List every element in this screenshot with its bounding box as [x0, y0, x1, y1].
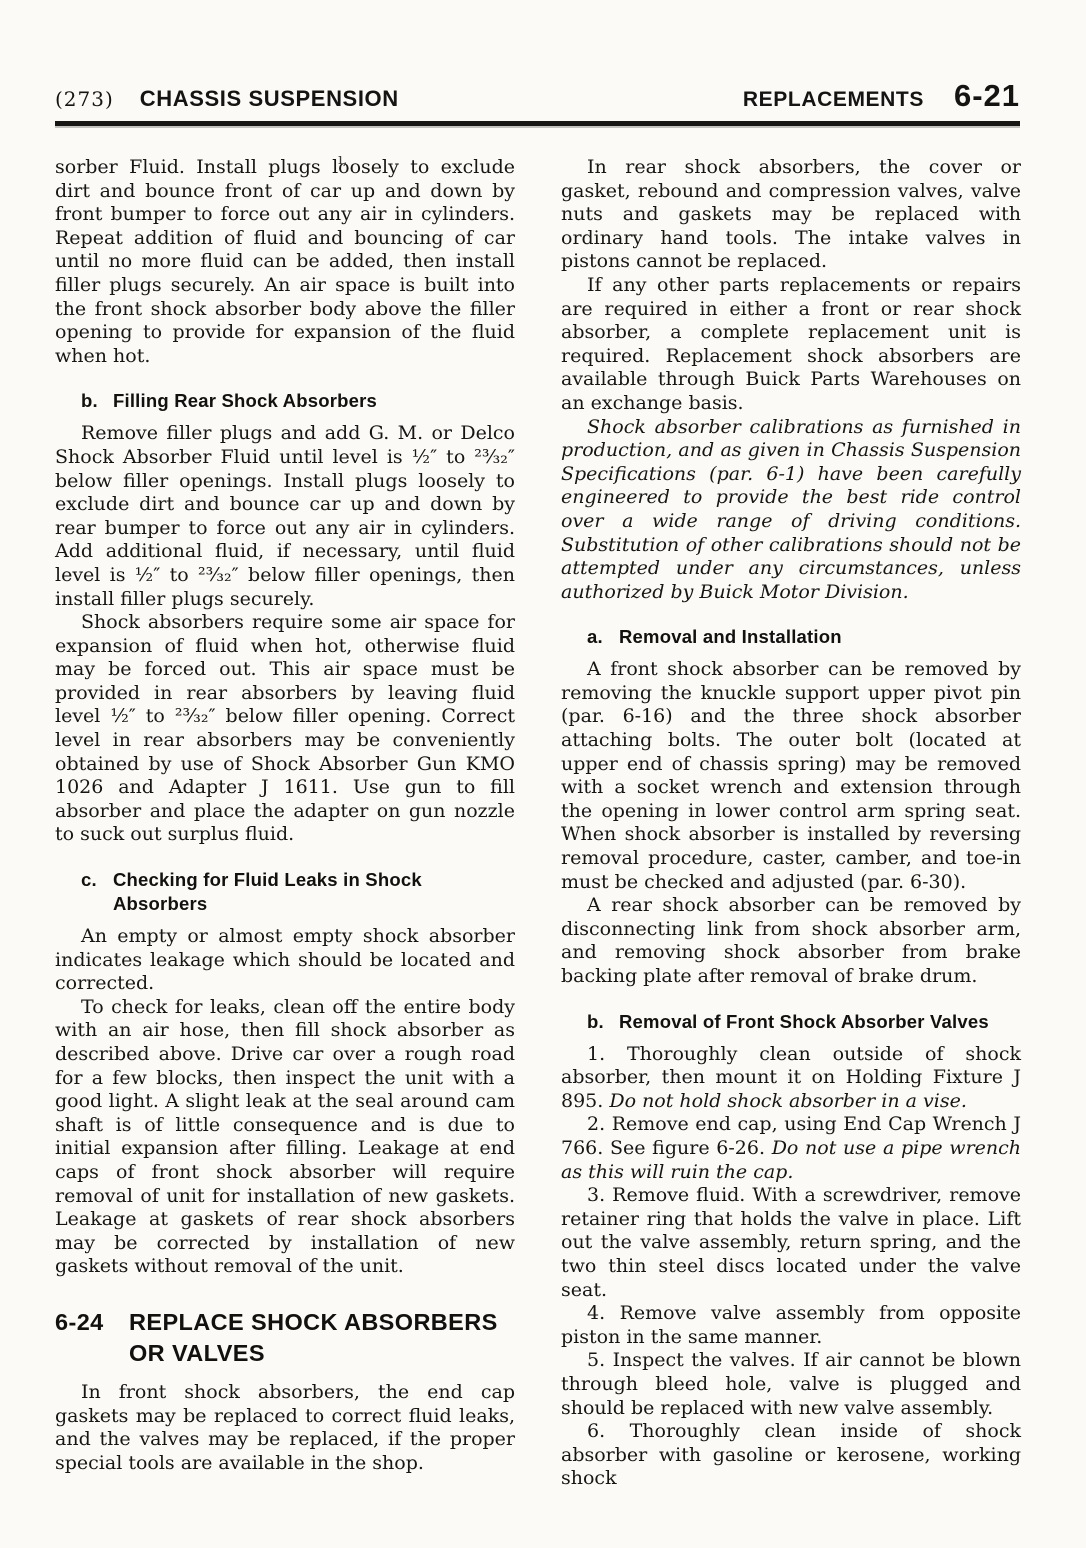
paragraph-complete-unit-required: If any other parts replacements or repai…: [561, 274, 1021, 416]
subsection-heading-checking-leaks: c. Checking for Fluid Leaks in Shock Abs…: [55, 868, 515, 916]
subsection-heading-filling-rear: b. Filling Rear Shock Absorbers: [55, 389, 515, 413]
paragraph-rear-removal: A rear shock absorber can be removed by …: [561, 894, 1021, 988]
paragraph-leak-indication: An empty or almost empty shock absorber …: [55, 925, 515, 996]
paragraph-leak-check-procedure: To check for leaks, clean off the entire…: [55, 996, 515, 1279]
page-number: 6-21: [954, 78, 1020, 114]
step-1: 1. Thoroughly clean outside of shock abs…: [561, 1043, 1021, 1114]
paragraph-front-replacement-intro: In front shock absorbers, the end cap ga…: [55, 1381, 515, 1475]
manual-page: (273) CHASSIS SUSPENSION REPLACEMENTS 6-…: [0, 0, 1086, 1548]
subsection-title: Filling Rear Shock Absorbers: [113, 389, 515, 413]
step-caution-note: Do not hold shock absorber in a vise.: [609, 1090, 967, 1112]
step-5: 5. Inspect the valves. If air cannot be …: [561, 1349, 1021, 1420]
subsection-title: Checking for Fluid Leaks in Shock Absorb…: [113, 868, 515, 916]
subsection-letter: b.: [587, 1010, 619, 1034]
page-ref: (273): [55, 87, 114, 111]
section-title: REPLACEMENTS: [743, 88, 924, 112]
paragraph-filling-rear-1: Remove filler plugs and add G. M. or Del…: [55, 422, 515, 611]
header-rule: [55, 121, 1020, 126]
left-column: sorber Fluid. Install plugs loosely to e…: [55, 156, 515, 1491]
paragraph-filling-rear-2: Shock absorbers require some air space f…: [55, 611, 515, 847]
subsection-title: Removal of Front Shock Absorber Valves: [619, 1010, 1021, 1034]
step-4: 4. Remove valve assembly from opposite p…: [561, 1302, 1021, 1349]
paragraph-continuation-filling-front: sorber Fluid. Install plugs loosely to e…: [55, 156, 515, 368]
right-column: In rear shock absorbers, the cover or ga…: [561, 156, 1021, 1491]
step-2: 2. Remove end cap, using End Cap Wrench …: [561, 1113, 1021, 1184]
scan-artifact: ı,: [338, 150, 348, 168]
section-number: 6-24: [55, 1307, 129, 1369]
paragraph-front-removal: A front shock absorber can be removed by…: [561, 658, 1021, 894]
chapter-title: CHASSIS SUSPENSION: [140, 86, 399, 112]
subsection-letter: a.: [587, 625, 619, 649]
subsection-letter: b.: [81, 389, 113, 413]
section-heading-6-24: 6-24 REPLACE SHOCK ABSORBERS OR VALVES: [55, 1307, 515, 1369]
section-name: REPLACE SHOCK ABSORBERS OR VALVES: [129, 1307, 515, 1369]
step-6: 6. Thoroughly clean inside of shock abso…: [561, 1420, 1021, 1491]
step-3: 3. Remove fluid. With a screwdriver, rem…: [561, 1184, 1021, 1302]
page-header: (273) CHASSIS SUSPENSION REPLACEMENTS 6-…: [55, 78, 1020, 114]
page-body: sorber Fluid. Install plugs loosely to e…: [55, 156, 1020, 1491]
subsection-heading-valve-removal: b. Removal of Front Shock Absorber Valve…: [561, 1010, 1021, 1034]
paragraph-calibration-warning: Shock absorber calibrations as furnished…: [561, 416, 1021, 605]
paragraph-rear-replacement-parts: In rear shock absorbers, the cover or ga…: [561, 156, 1021, 274]
subsection-title: Removal and Installation: [619, 625, 1021, 649]
subsection-letter: c.: [81, 868, 113, 916]
subsection-heading-removal-installation: a. Removal and Installation: [561, 625, 1021, 649]
